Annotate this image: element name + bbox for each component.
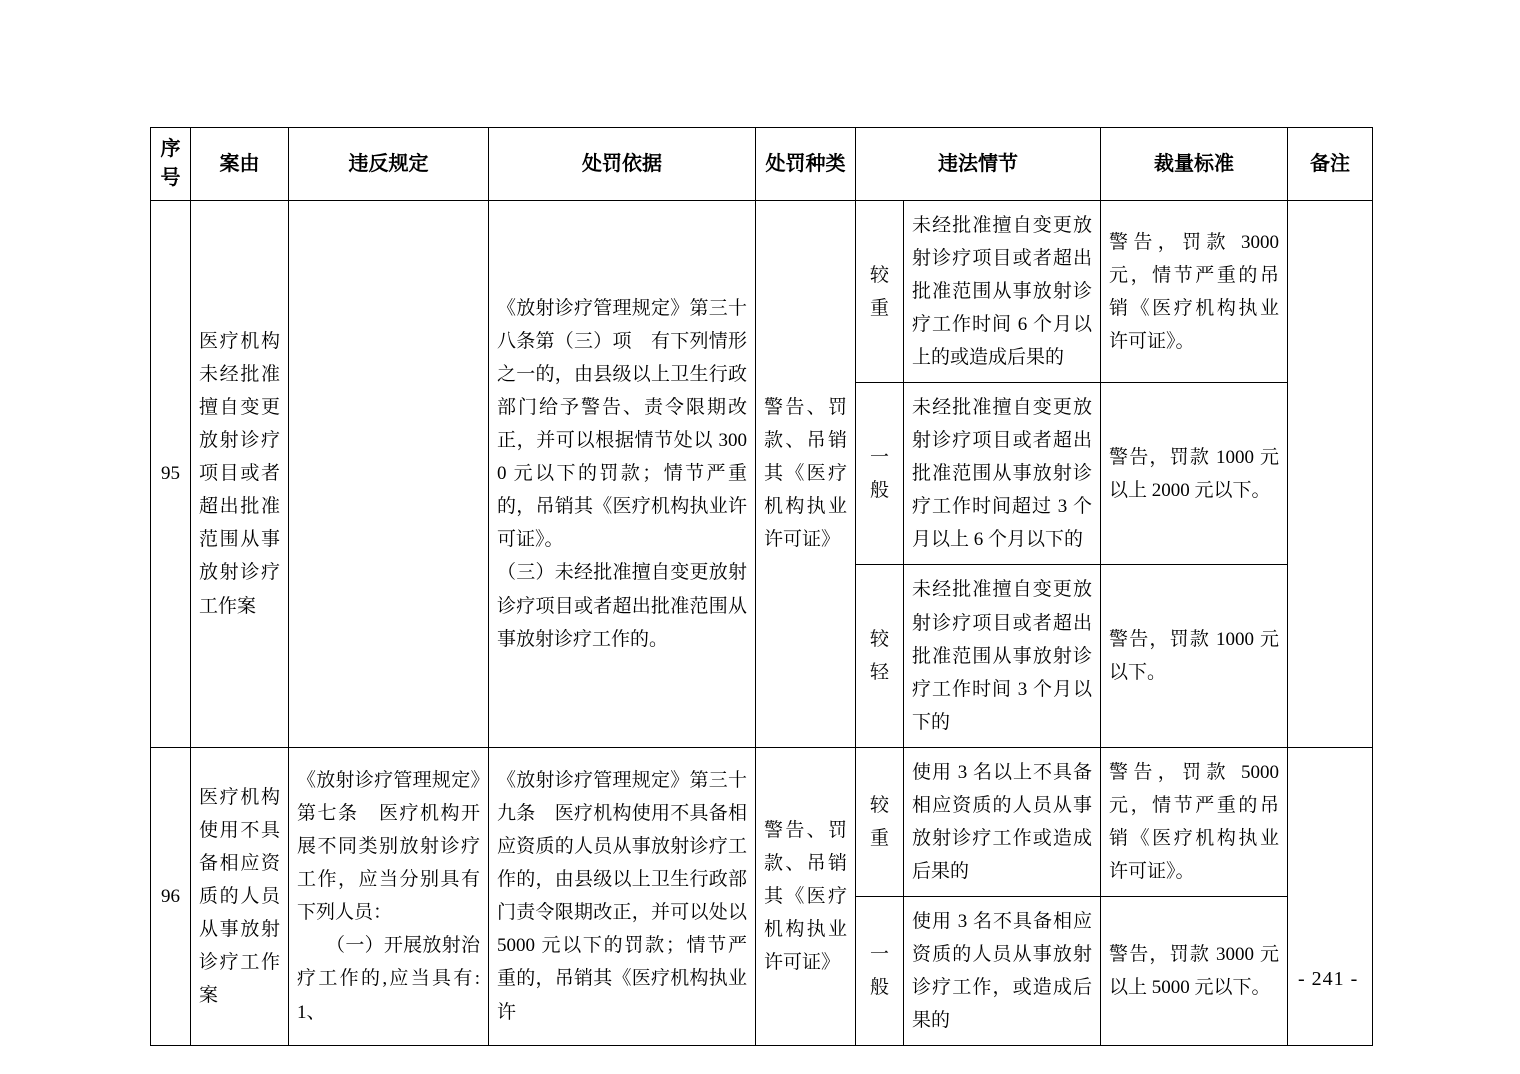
col-header-discretion-standard: 裁量标准: [1101, 128, 1288, 201]
remark-cell: [1288, 201, 1373, 748]
col-header-penalty-type: 处罚种类: [756, 128, 856, 201]
table-row-96-sub-1: 96 医疗机构使用不具备相应资质的人员从事放射诊疗工作案 《放射诊疗管理规定》第…: [151, 747, 1373, 896]
severity-level-cell: 较轻: [856, 565, 904, 747]
circumstance-description-cell: 使用 3 名不具备相应资质的人员从事放射诊疗工作，或造成后果的: [904, 896, 1101, 1045]
severity-level-cell: 较重: [856, 201, 904, 383]
col-header-remark: 备注: [1288, 128, 1373, 201]
col-header-circumstances: 违法情节: [856, 128, 1101, 201]
violated-regulation-cell: 《放射诊疗管理规定》第七条 医疗机构开展不同类别放射诊疗工作，应当分别具有下列人…: [289, 747, 489, 1045]
severity-level-cell: 一般: [856, 383, 904, 565]
severity-level-cell: 一般: [856, 896, 904, 1045]
table-header-row: 序号 案由 违反规定 处罚依据 处罚种类 违法情节 裁量标准 备注: [151, 128, 1373, 201]
discretion-standard-cell: 警告，罚款 1000 元以上 2000 元以下。: [1101, 383, 1288, 565]
circumstance-description-cell: 未经批准擅自变更放射诊疗项目或者超出批准范围从事放射诊疗工作时间超过 3 个月以…: [904, 383, 1101, 565]
penalty-type-cell: 警告、罚款、吊销其《医疗机构执业许可证》: [756, 201, 856, 748]
cause-cell: 医疗机构使用不具备相应资质的人员从事放射诊疗工作案: [191, 747, 289, 1045]
penalty-basis-cell: 《放射诊疗管理规定》第三十八条第（三）项 有下列情形之一的，由县级以上卫生行政部…: [489, 201, 756, 748]
discretion-standard-cell: 警告，罚款 3000 元，情节严重的吊销《医疗机构执业许可证》。: [1101, 201, 1288, 383]
severity-level-cell: 较重: [856, 747, 904, 896]
document-page: 序号 案由 违反规定 处罚依据 处罚种类 违法情节 裁量标准 备注 95 医疗机…: [0, 0, 1520, 1074]
col-header-penalty-basis: 处罚依据: [489, 128, 756, 201]
col-header-cause: 案由: [191, 128, 289, 201]
col-header-violated-regulation: 违反规定: [289, 128, 489, 201]
discretion-standard-cell: 警告，罚款 5000 元，情节严重的吊销《医疗机构执业许可证》。: [1101, 747, 1288, 896]
case-no-cell: 96: [151, 747, 191, 1045]
discretion-standard-cell: 警告，罚款 3000 元以上 5000 元以下。: [1101, 896, 1288, 1045]
circumstance-description-cell: 使用 3 名以上不具备相应资质的人员从事放射诊疗工作或造成后果的: [904, 747, 1101, 896]
penalty-basis-cell: 《放射诊疗管理规定》第三十九条 医疗机构使用不具备相应资质的人员从事放射诊疗工作…: [489, 747, 756, 1045]
penalty-type-cell: 警告、罚款、吊销其《医疗机构执业许可证》: [756, 747, 856, 1045]
page-number: - 241 -: [1298, 968, 1358, 991]
circumstance-description-cell: 未经批准擅自变更放射诊疗项目或者超出批准范围从事放射诊疗工作时间 6 个月以上的…: [904, 201, 1101, 383]
circumstance-description-cell: 未经批准擅自变更放射诊疗项目或者超出批准范围从事放射诊疗工作时间 3 个月以下的: [904, 565, 1101, 747]
penalty-discretion-table: 序号 案由 违反规定 处罚依据 处罚种类 违法情节 裁量标准 备注 95 医疗机…: [150, 127, 1373, 1046]
table-row-95-sub-1: 95 医疗机构未经批准擅自变更放射诊疗项目或者超出批准范围从事放射诊疗工作案 《…: [151, 201, 1373, 383]
case-no-cell: 95: [151, 201, 191, 748]
remark-cell: [1288, 747, 1373, 1045]
violated-regulation-cell: [289, 201, 489, 748]
discretion-standard-cell: 警告，罚款 1000 元以下。: [1101, 565, 1288, 747]
col-header-case-no: 序号: [151, 128, 191, 201]
cause-cell: 医疗机构未经批准擅自变更放射诊疗项目或者超出批准范围从事放射诊疗工作案: [191, 201, 289, 748]
